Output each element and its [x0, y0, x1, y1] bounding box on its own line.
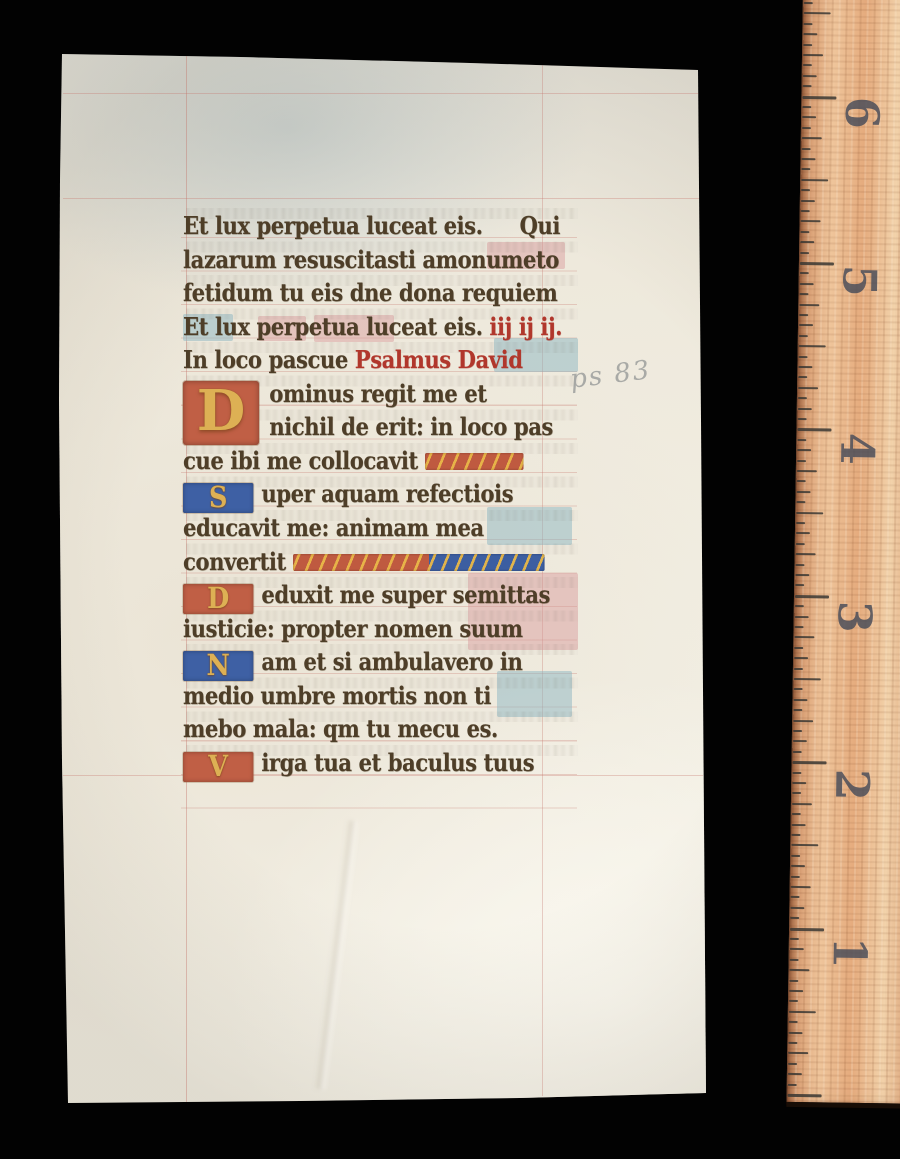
ruler-tick: [792, 824, 806, 826]
body-text: medio umbre mortis non ti: [183, 681, 491, 710]
ruler-tick: [795, 595, 829, 599]
body-text: educavit me: animam mea: [183, 513, 484, 542]
ruler-tick: [790, 938, 799, 940]
ruler-tick: [800, 283, 814, 285]
ruler-number: 4: [831, 422, 884, 475]
manuscript-line: Nam et si ambulavero in: [183, 646, 522, 680]
parchment-crease: [314, 820, 361, 1090]
ruler-tick: [798, 418, 807, 420]
pencil-annotation: ps 83: [568, 355, 652, 395]
ruler-tick: [801, 210, 810, 212]
manuscript-line: educavit me: animam mea: [183, 512, 484, 546]
ruler-tick: [791, 844, 818, 846]
body-text: convertit: [183, 547, 293, 576]
ruler-tick: [790, 917, 799, 919]
ruler-tick: [791, 834, 800, 836]
ruler-tick: [800, 272, 809, 274]
manuscript-line: Et lux perpetua luceat eis. iij ij ij.: [183, 311, 562, 345]
ruled-line: [63, 93, 699, 94]
ruler-tick: [796, 512, 823, 514]
ruler-tick: [794, 688, 803, 690]
ruler-tick: [797, 470, 817, 472]
ruler-tick: [800, 241, 814, 243]
ruler-tick: [804, 2, 813, 4]
ruler-tick: [788, 1094, 822, 1098]
ruler-tick: [801, 220, 821, 222]
manuscript-line: In loco pascue Psalmus David: [183, 344, 523, 378]
line-filler: [425, 453, 524, 470]
body-text: mebo mala: qm tu mecu es.: [183, 714, 498, 743]
ruler-tick: [797, 460, 806, 462]
ruler-tick: [795, 584, 804, 586]
ruler-tick: [804, 12, 831, 14]
ruler-tick: [803, 33, 817, 35]
ruler-tick: [793, 720, 813, 722]
illuminated-initial: S: [183, 483, 253, 513]
ruler-tick: [788, 1083, 797, 1085]
ruler-tick: [789, 1000, 798, 1002]
ruler-tick: [801, 158, 815, 160]
ruler-tick: [793, 751, 802, 753]
ruler-tick: [799, 356, 808, 358]
ruler-number: 3: [828, 590, 881, 643]
ruler-tick: [800, 262, 834, 266]
ruler-tick: [788, 1063, 797, 1065]
body-text: Qui: [519, 211, 559, 240]
ruler-tick: [795, 616, 809, 618]
manuscript-leaf: Et lux perpetua luceat eis.Quilazarum re…: [0, 0, 900, 1159]
ruler-tick: [802, 137, 822, 139]
body-text: Et lux perpetua luceat eis.: [183, 312, 489, 341]
ruler-tick: [790, 928, 824, 932]
ruler-tick: [801, 179, 828, 181]
ruler-tick: [796, 553, 816, 555]
manuscript-line: medio umbre mortis non ti: [183, 680, 491, 714]
illuminated-initial: V: [183, 752, 253, 782]
illuminated-initial: D: [183, 584, 253, 614]
ruler-tick: [799, 335, 808, 337]
body-text: fetidum tu eis dne dona requiem: [183, 278, 557, 307]
ruler-tick: [798, 376, 807, 378]
ruler-tick: [803, 64, 812, 66]
ruler-tick: [793, 709, 802, 711]
ruler-tick: [792, 782, 806, 784]
ruler-tick: [797, 480, 806, 482]
manuscript-line: Super aquam refectiois: [183, 478, 513, 512]
rubric-text: iij ij ij.: [489, 312, 562, 341]
ruler-tick: [788, 1052, 808, 1054]
manuscript-line: mebo mala: qm tu mecu es.: [183, 713, 498, 747]
ruler-tick: [803, 85, 812, 87]
ruler-tick: [801, 200, 815, 202]
ruler-tick: [796, 501, 805, 503]
ruler-tick: [793, 761, 827, 765]
ruler-tick: [797, 491, 811, 493]
body-text: lazarum resuscitasti amonumeto: [183, 245, 559, 274]
ruler-tick: [791, 855, 800, 857]
body-text: iusticie: propter nomen suum: [183, 614, 523, 643]
manuscript-line: cue ibi me collocavit: [183, 445, 523, 479]
ruler-tick: [799, 324, 813, 326]
ruler-tick: [802, 116, 816, 118]
ruler-number: 1: [823, 926, 876, 979]
ruler-tick: [803, 23, 812, 25]
ruler-tick: [792, 772, 801, 774]
ruler-tick: [793, 730, 802, 732]
body-text: cue ibi me collocavit: [183, 446, 425, 475]
ruler-tick: [798, 408, 812, 410]
ruler-tick: [802, 127, 811, 129]
body-text: Et lux perpetua luceat eis.: [183, 211, 483, 240]
manuscript-line: nichil de erit: in loco pas: [183, 411, 553, 445]
ruler-tick: [794, 678, 821, 680]
ruler-tick: [788, 1042, 797, 1044]
ruler-tick: [797, 449, 811, 451]
ruler-tick: [802, 148, 811, 150]
ruler-tick: [791, 886, 811, 888]
illuminated-initial: N: [183, 651, 253, 681]
body-text: irga tua et baculus tuus: [261, 748, 534, 777]
ruler-tick: [799, 293, 808, 295]
ruler-tick: [795, 605, 804, 607]
ruler-tick: [790, 959, 799, 961]
photo-frame: Et lux perpetua luceat eis.Quilazarum re…: [0, 0, 900, 1159]
ruler-tick: [793, 740, 807, 742]
ruler-tick: [789, 979, 798, 981]
line-filler: [293, 554, 545, 571]
ruler-tick: [801, 189, 810, 191]
ruler-tick: [794, 647, 803, 649]
ruler-tick: [796, 522, 805, 524]
ruler-tick: [796, 543, 805, 545]
ruler-tick: [794, 668, 803, 670]
manuscript-line: convertit: [183, 546, 544, 580]
body-text: ominus regit me et: [269, 379, 486, 408]
manuscript-line: Deduxit me super semittas: [183, 579, 550, 613]
manuscript-line: lazarum resuscitasti amonumeto: [183, 244, 559, 278]
ruler-tick: [799, 304, 819, 306]
ruler-tick: [788, 1073, 802, 1075]
ruler-tick: [800, 252, 809, 254]
ruler-tick: [803, 75, 817, 77]
body-text: uper aquam refectiois: [261, 479, 513, 508]
ruler-tick: [792, 813, 801, 815]
ruler-tick: [802, 96, 836, 100]
ruler-tick: [791, 876, 800, 878]
ruler-number: 6: [836, 87, 889, 140]
ruler-tick: [790, 907, 804, 909]
ruler-tick: [793, 699, 807, 701]
ruler-tick: [795, 564, 804, 566]
ruler-tick: [795, 574, 809, 576]
ruler-tick: [799, 345, 826, 347]
ruler-tick: [791, 896, 800, 898]
ruler-tick: [803, 44, 812, 46]
ruler-tick: [789, 969, 809, 971]
ruler-tick: [789, 990, 803, 992]
ruler-tick: [789, 1031, 803, 1033]
ruler-tick: [795, 626, 804, 628]
ruler-tick: [800, 231, 809, 233]
ruler-tick: [789, 1011, 816, 1013]
body-text: nichil de erit: in loco pas: [269, 412, 553, 441]
manuscript-line: Et lux perpetua luceat eis.Qui: [183, 210, 560, 244]
ruler-tick: [798, 397, 807, 399]
ruler-tick: [797, 439, 806, 441]
ruler-tick: [796, 532, 810, 534]
ruler-tick: [791, 865, 805, 867]
manuscript-line: iusticie: propter nomen suum: [183, 613, 523, 647]
ruler-tick: [803, 54, 823, 56]
body-text: am et si ambulavero in: [261, 647, 522, 676]
ruler-tick: [799, 314, 808, 316]
ruler-tick: [792, 792, 801, 794]
ruler-tick: [802, 106, 811, 108]
ruler-tick: [801, 168, 810, 170]
ruler-tick: [798, 366, 812, 368]
ruler-tick: [798, 387, 818, 389]
ruler-tick: [794, 657, 808, 659]
ruler-number: 5: [833, 254, 886, 307]
ruler-tick: [792, 803, 812, 805]
ruler-number: 2: [826, 758, 879, 811]
manuscript-line: ominus regit me et: [183, 378, 487, 412]
ruler-tick: [790, 948, 804, 950]
ruler-tick: [794, 636, 814, 638]
wooden-ruler: 654321: [786, 0, 900, 1109]
body-text: In loco pascue: [183, 345, 355, 374]
body-text: eduxit me super semittas: [261, 580, 550, 609]
ruler-tick: [789, 1021, 798, 1023]
rubric-text: Psalmus David: [355, 345, 523, 374]
manuscript-line: Virga tua et baculus tuus: [183, 747, 534, 781]
manuscript-line: fetidum tu eis dne dona requiem: [183, 277, 557, 311]
ruler-tick: [797, 428, 831, 432]
